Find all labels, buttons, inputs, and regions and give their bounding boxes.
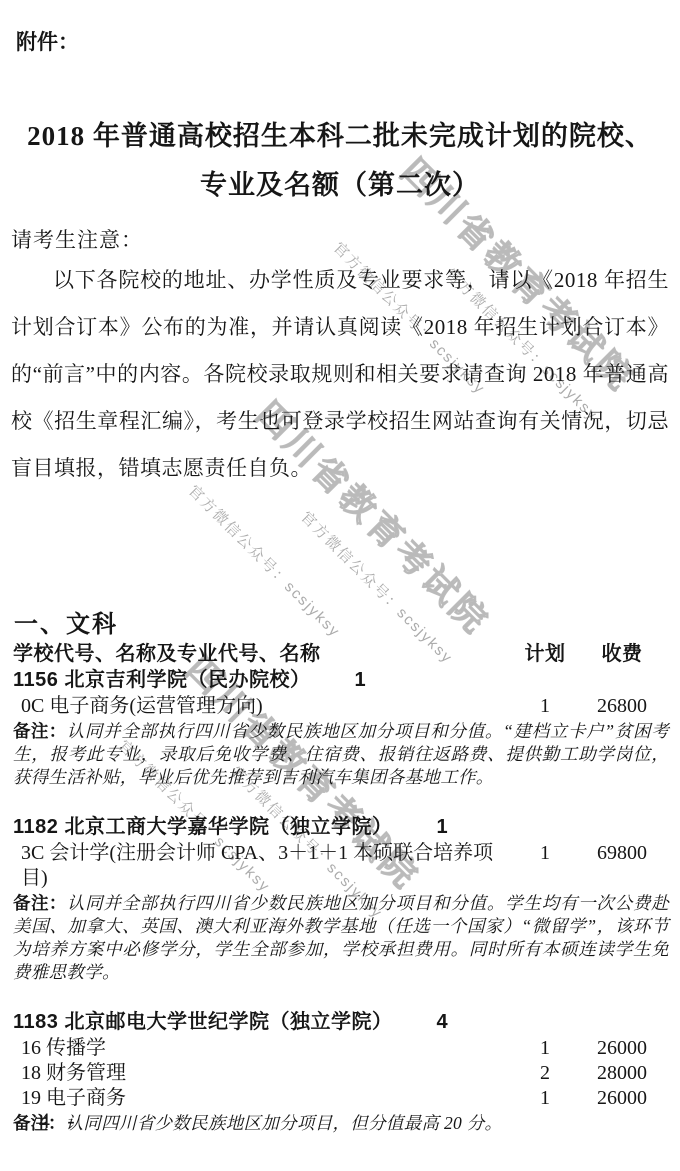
major-code: 19 [21,1087,41,1109]
major-name-cell: 16 传播学 [13,1036,515,1061]
major-fee-value: 28000 [575,1061,669,1086]
major-fee-value: 69800 [575,841,669,891]
major-fee-value: 26000 [575,1086,669,1111]
school-block: 1182 北京工商大学嘉华学院（独立学院） 1 3C 会计学(注册会计师 CPA… [13,814,669,984]
major-row: 0C 电子商务(运营管理方向) 1 26800 [13,694,669,719]
attachment-label: 附件： [16,26,79,56]
major-rows: 3C 会计学(注册会计师 CPA、3＋1＋1 本硕联合培养项目) 1 69800 [13,841,669,891]
major-name-cell: 0C 电子商务(运营管理方向) [13,694,515,719]
school-note: 备注：认同并全部执行四川省少数民族地区加分项目和分值。“建档立卡户”贫困考生，报… [13,720,669,789]
school-code: 1156 [13,669,58,691]
major-name-cell: 3C 会计学(注册会计师 CPA、3＋1＋1 本硕联合培养项目) [13,841,515,891]
document-page: 四川省教育考试院 官方微信公众号：scsjyksy 官方微信公众号：scsjyk… [0,0,680,1171]
school-block: 1183 北京邮电大学世纪学院（独立学院） 4 16 传播学 1 26000 1… [13,1009,669,1135]
note-label: 备注： [13,893,67,913]
major-code: 3C [21,842,44,864]
major-fee-value: 26800 [575,694,669,719]
school-code: 1182 [13,816,58,838]
major-code: 16 [21,1037,41,1059]
plan-table: 学校代号、名称及专业代号、名称 计划 收费 1156 北京吉利学院（民办院校） … [13,642,669,1160]
school-code: 1183 [13,1011,58,1033]
document-title: 2018 年普通高校招生本科二批未完成计划的院校、 专业及名额（第二次） [0,112,680,210]
major-plan-value: 1 [515,694,575,719]
school-name: 北京邮电大学世纪学院（独立学院） [64,1011,392,1033]
major-name-cell: 19 电子商务 [13,1086,515,1111]
major-name: 传播学 [46,1037,106,1059]
page-number: - 4 - [14,1108,81,1134]
major-plan-value: 2 [515,1061,575,1086]
school-name: 北京工商大学嘉华学院（独立学院） [64,816,392,838]
major-row: 18 财务管理 2 28000 [13,1061,669,1086]
school-block: 1156 北京吉利学院（民办院校） 1 0C 电子商务(运营管理方向) 1 26… [13,667,669,789]
school-note: 备注：认同并全部执行四川省少数民族地区加分项目和分值。学生均有一次公费赴美国、加… [13,892,669,984]
note-label: 备注： [13,721,67,741]
header-fee: 收费 [575,642,669,667]
major-name: 电子商务 [46,1087,126,1109]
header-school-name: 学校代号、名称及专业代号、名称 [13,642,515,667]
note-text: 认同并全部执行四川省少数民族地区加分项目和分值。学生均有一次公费赴美国、加拿大、… [13,893,669,982]
school-plan-total: 1 [437,816,449,838]
school-plan-total: 4 [437,1011,449,1033]
note-text: 认同并全部执行四川省少数民族地区加分项目和分值。“建档立卡户”贫困考生，报考此专… [13,721,669,787]
school-plan-total: 1 [355,669,367,691]
major-name: 财务管理 [46,1062,126,1084]
major-rows: 16 传播学 1 26000 18 财务管理 2 28000 19 电子商务 1… [13,1036,669,1111]
major-row: 16 传播学 1 26000 [13,1036,669,1061]
school-row: 1183 北京邮电大学世纪学院（独立学院） 4 [13,1009,669,1036]
table-header-row: 学校代号、名称及专业代号、名称 计划 收费 [13,642,669,667]
major-code: 18 [21,1062,41,1084]
header-plan: 计划 [515,642,575,667]
school-name: 北京吉利学院（民办院校） [64,669,310,691]
note-text: 认同四川省少数民族地区加分项目，但分值最高 20 分。 [66,1113,503,1133]
document-title-line2: 专业及名额（第二次） [200,170,480,200]
school-row: 1156 北京吉利学院（民办院校） 1 [13,667,669,694]
major-plan-value: 1 [515,1086,575,1111]
school-note: 备注：认同四川省少数民族地区加分项目，但分值最高 20 分。 [13,1112,669,1135]
major-row: 3C 会计学(注册会计师 CPA、3＋1＋1 本硕联合培养项目) 1 69800 [13,841,669,891]
major-name: 会计学(注册会计师 CPA、3＋1＋1 本硕联合培养项目) [21,842,493,889]
document-title-line1: 2018 年普通高校招生本科二批未完成计划的院校、 [27,121,653,151]
schools-list: 1156 北京吉利学院（民办院校） 1 0C 电子商务(运营管理方向) 1 26… [13,667,669,1135]
notice-heading: 请考生注意： [11,224,143,254]
major-rows: 0C 电子商务(运营管理方向) 1 26800 [13,694,669,719]
major-code: 0C [21,695,44,717]
major-row: 19 电子商务 1 26000 [13,1086,669,1111]
school-row: 1182 北京工商大学嘉华学院（独立学院） 1 [13,814,669,841]
major-plan-value: 1 [515,841,575,891]
section-heading-liberal-arts: 一、文科 [14,604,118,639]
major-name-cell: 18 财务管理 [13,1061,515,1086]
major-name: 电子商务(运营管理方向) [49,695,262,717]
notice-paragraph: 以下各院校的地址、办学性质及专业要求等，请以《2018 年招生计划合订本》公布的… [11,257,669,492]
major-plan-value: 1 [515,1036,575,1061]
major-fee-value: 26000 [575,1036,669,1061]
